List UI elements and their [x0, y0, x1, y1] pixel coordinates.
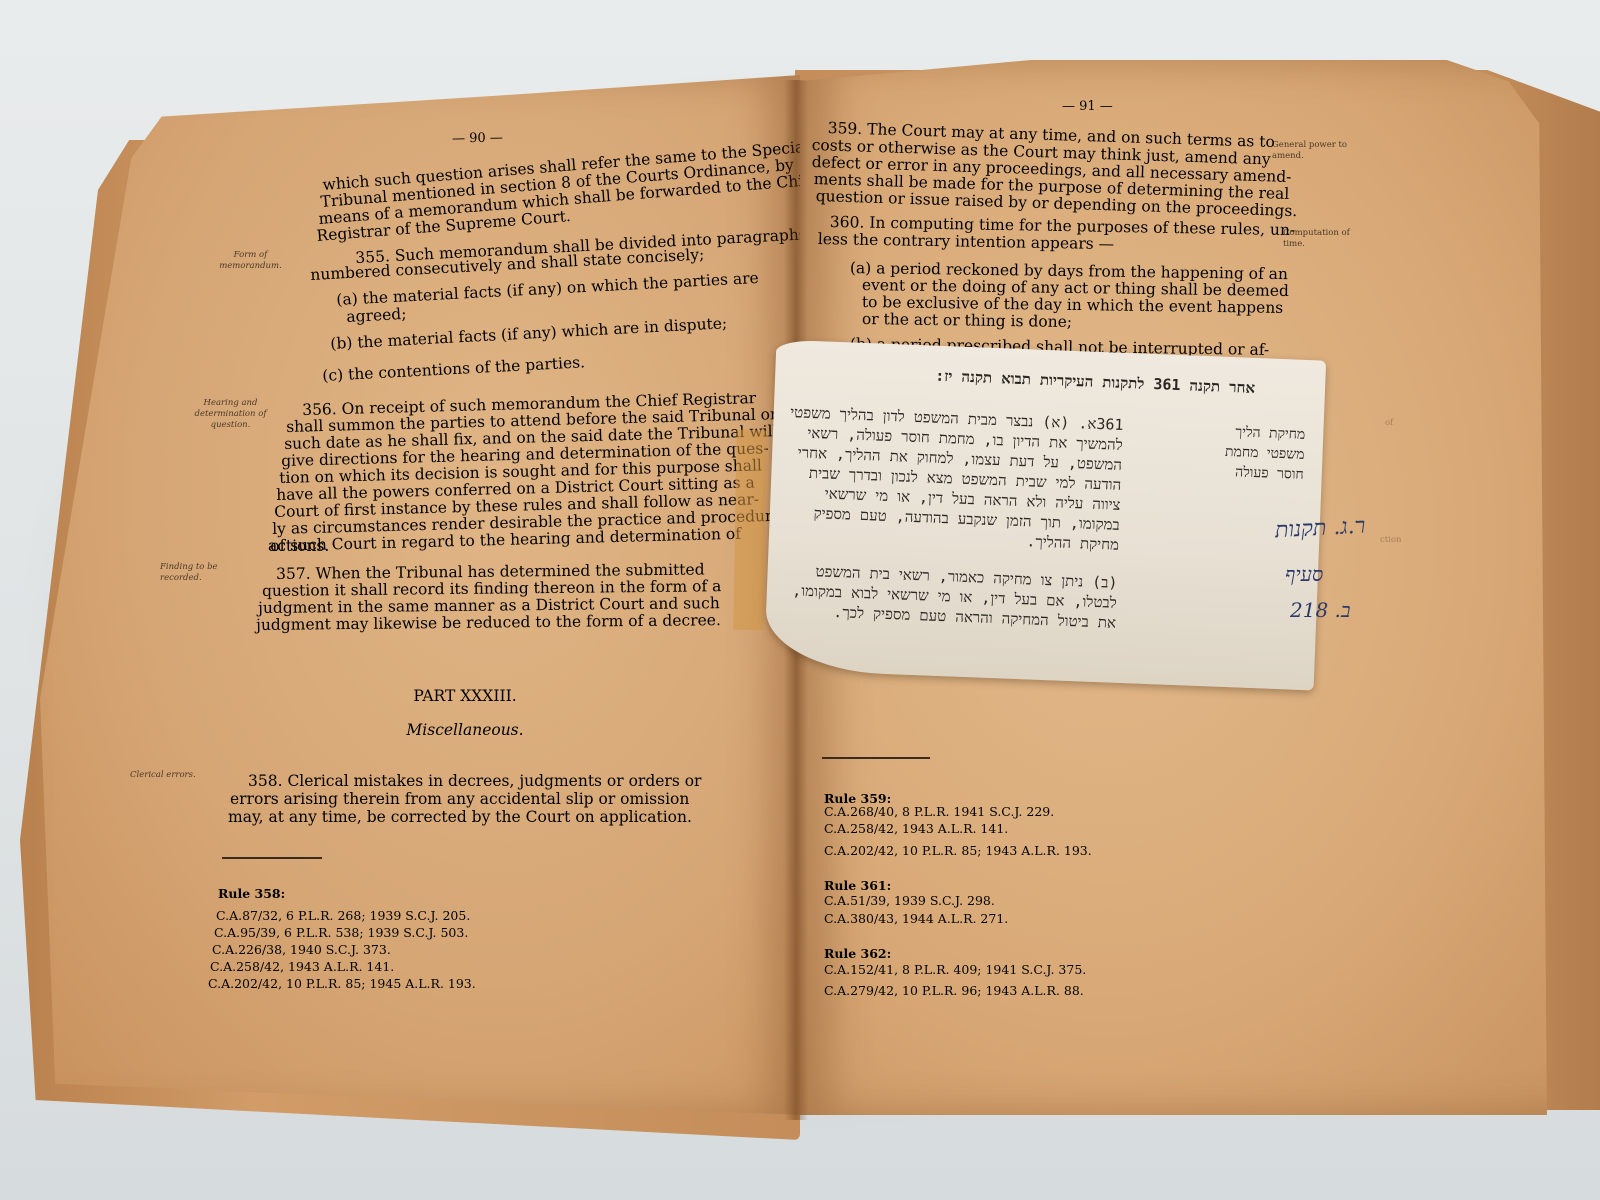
adhesive-tape: [733, 430, 766, 630]
footnote-divider: [822, 757, 930, 759]
part-subheading: Miscellaneous.: [380, 722, 550, 739]
footnote-divider: [222, 857, 322, 859]
margin-note-360: Computation of time.: [1283, 228, 1373, 250]
handwritten-note: סעיף: [1285, 560, 1323, 588]
citation-entry: C.A.87/32, 6 P.L.R. 268; 1939 S.C.J. 205…: [216, 907, 470, 924]
citation-entry: C.A.380/43, 1944 A.L.R. 271.: [824, 910, 1008, 927]
margin-note-fragment: of: [1385, 418, 1405, 429]
citation-entry: C.A.202/42, 10 P.L.R. 85; 1943 A.L.R. 19…: [824, 842, 1092, 859]
margin-note-359: General power to amend.: [1272, 140, 1362, 162]
margin-note-355: Form of memorandum.: [208, 250, 293, 272]
citation-entry: C.A.51/39, 1939 S.C.J. 298.: [824, 892, 995, 909]
citation-entry: C.A.95/39, 6 P.L.R. 538; 1939 S.C.J. 503…: [214, 924, 468, 941]
text-line: 358. Clerical mistakes in decrees, judgm…: [248, 773, 701, 790]
citation-entry: C.A.258/42, 1943 A.L.R. 141.: [824, 820, 1008, 837]
citation-entry: C.A.202/42, 10 P.L.R. 85; 1945 A.L.R. 19…: [208, 975, 476, 992]
slip-side-title: משפטי מחמת: [1225, 443, 1305, 464]
citation-title: Rule 362:: [824, 945, 891, 962]
text-line: agreed;: [346, 306, 407, 326]
margin-note-358: Clerical errors.: [130, 770, 240, 781]
page-number-right: — 91 —: [1062, 98, 1113, 115]
text-line: errors arising therein from any accident…: [230, 791, 689, 808]
pasted-amendment-slip: אחר תקנה 361 לתקנות העיקריות תבוא תקנה י…: [764, 340, 1326, 691]
slip-side-title: מחיקת הליך: [1235, 423, 1306, 444]
citation-entry: C.A.258/42, 1943 A.L.R. 141.: [210, 958, 394, 975]
margin-note-fragment: ction: [1380, 535, 1420, 546]
slip-line: מחיקת ההליך.: [1026, 533, 1119, 554]
handwritten-note: 218 .ב: [1290, 596, 1351, 624]
citation-entry: C.A.226/38, 1940 S.C.J. 373.: [212, 941, 391, 958]
text-line: may, at any time, be corrected by the Co…: [228, 809, 692, 826]
citation-title: Rule 358:: [218, 885, 285, 902]
margin-note-357: Finding to be recorded.: [160, 562, 245, 584]
margin-note-356: Hearing and determination of question.: [188, 398, 273, 431]
slip-side-title: חוסר פעולה: [1235, 463, 1304, 484]
page-number-left: — 90 —: [452, 130, 503, 148]
text-line: actions.: [268, 538, 329, 555]
citation-entry: C.A.268/40, 8 P.L.R. 1941 S.C.J. 229.: [824, 803, 1054, 820]
slip-heading: אחר תקנה 361 לתקנות העיקריות תבוא תקנה י…: [935, 368, 1255, 397]
citation-entry: C.A.279/42, 10 P.L.R. 96; 1943 A.L.R. 88…: [824, 982, 1084, 999]
citation-entry: C.A.152/41, 8 P.L.R. 409; 1941 S.C.J. 37…: [824, 961, 1086, 978]
part-heading: PART XXXIII.: [380, 688, 550, 705]
text-line: or the act or thing is done;: [862, 311, 1072, 331]
handwritten-note: ר.ג. תקנות: [1274, 513, 1366, 546]
